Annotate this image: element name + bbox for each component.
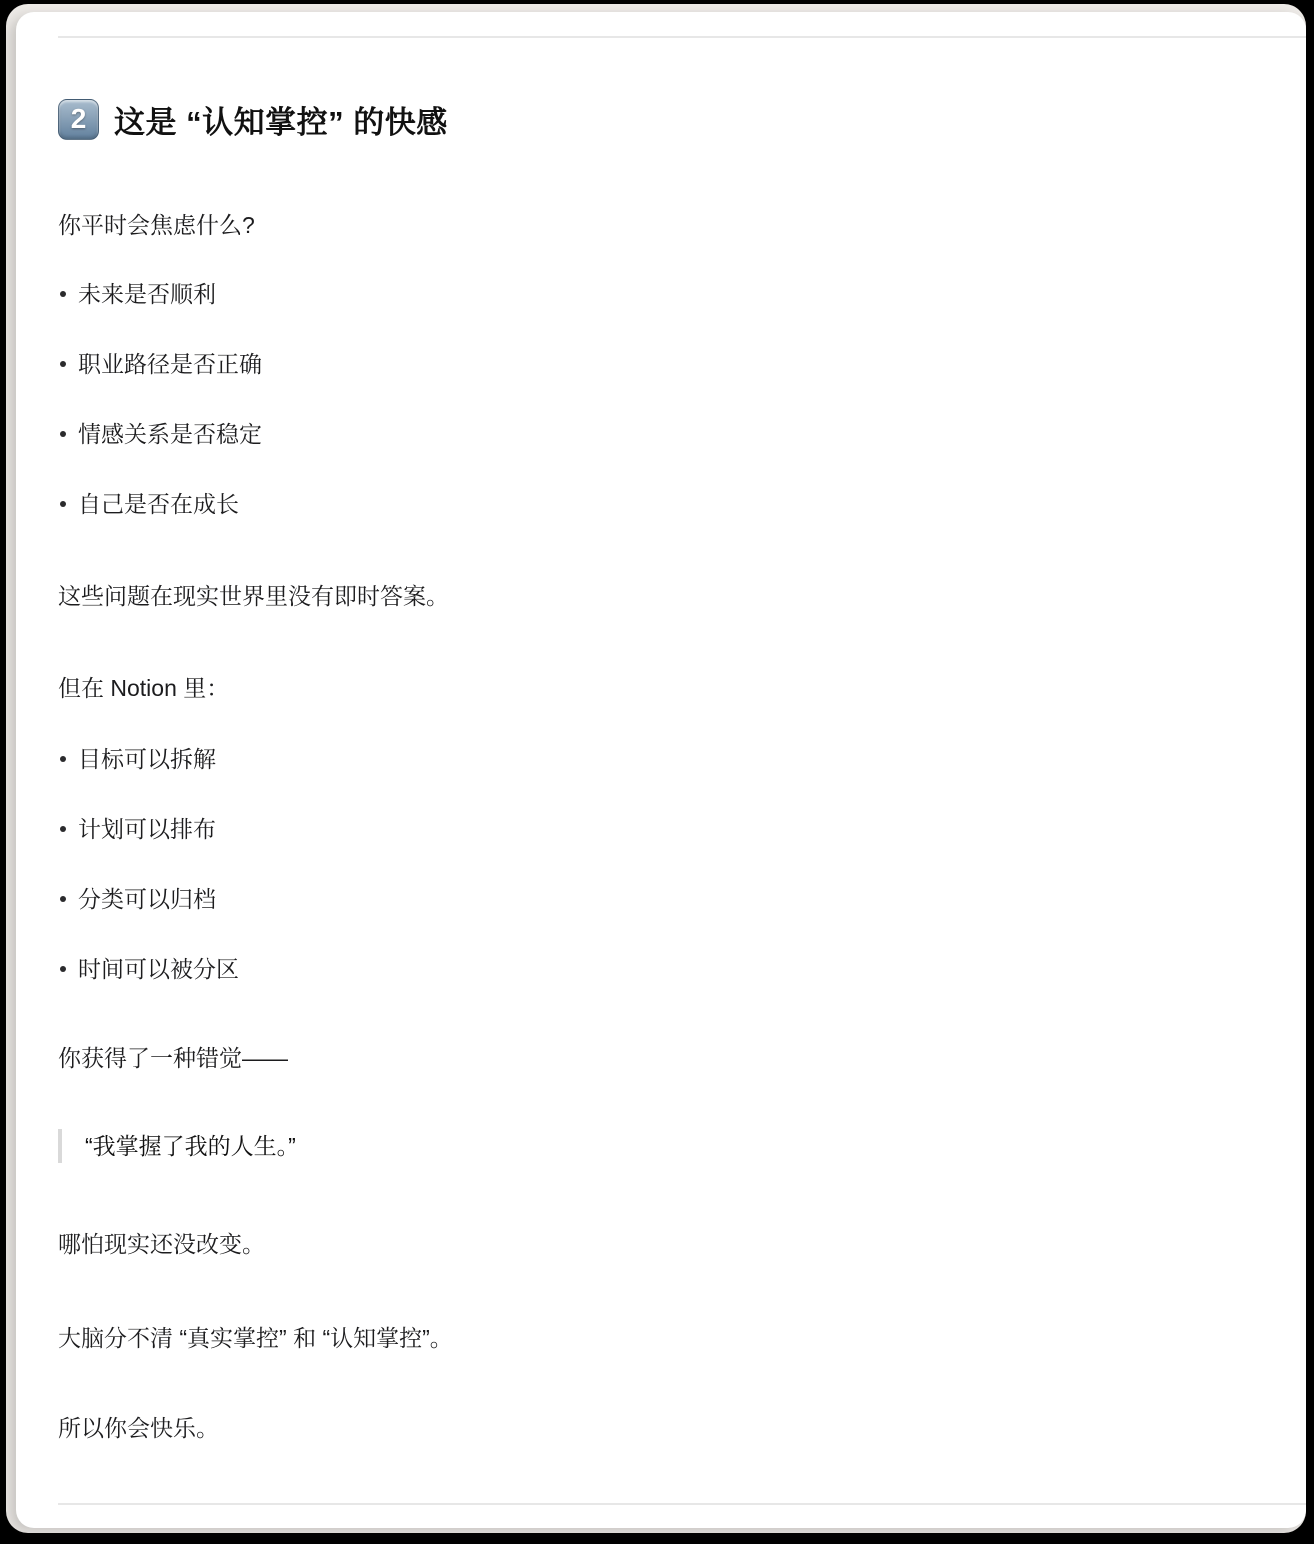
paragraph-intro-question: 你平时会焦虑什么? (58, 208, 1306, 242)
paragraph-brain: 大脑分不清 “真实掌控” 和 “认知掌控”。 (58, 1321, 1306, 1355)
section-title: 这是 “认知掌控” 的快感 (114, 97, 448, 142)
list-item: 情感关系是否稳定 (58, 417, 1306, 451)
list-item: 目标可以拆解 (58, 742, 1306, 776)
paragraph-happy: 所以你会快乐。 (58, 1411, 1306, 1445)
paragraph-but-notion: 但在 Notion 里： (58, 671, 1306, 705)
list-item: 自己是否在成长 (58, 487, 1306, 521)
paragraph-no-answers: 这些问题在现实世界里没有即时答案。 (58, 579, 1306, 613)
list-item: 计划可以排布 (58, 812, 1306, 846)
top-divider (58, 36, 1306, 38)
list-item: 时间可以被分区 (58, 952, 1306, 986)
bottom-divider (58, 1503, 1306, 1505)
list-item: 分类可以归档 (58, 882, 1306, 916)
article-card: 2 这是 “认知掌控” 的快感 你平时会焦虑什么? 未来是否顺利 职业路径是否正… (16, 12, 1306, 1528)
article-content: 2 这是 “认知掌控” 的快感 你平时会焦虑什么? 未来是否顺利 职业路径是否正… (16, 36, 1306, 1505)
anxiety-list: 未来是否顺利 职业路径是否正确 情感关系是否稳定 自己是否在成长 (58, 277, 1306, 521)
paragraph-reality: 哪怕现实还没改变。 (58, 1227, 1306, 1261)
keycap-2-emoji: 2 (58, 99, 99, 140)
section-heading: 2 这是 “认知掌控” 的快感 (58, 97, 1306, 141)
list-item: 职业路径是否正确 (58, 347, 1306, 381)
quote-block: “我掌握了我的人生。” (58, 1129, 1306, 1163)
list-item: 未来是否顺利 (58, 277, 1306, 311)
notion-list: 目标可以拆解 计划可以排布 分类可以归档 时间可以被分区 (58, 742, 1306, 986)
paragraph-illusion: 你获得了一种错觉—— (58, 1041, 1306, 1075)
